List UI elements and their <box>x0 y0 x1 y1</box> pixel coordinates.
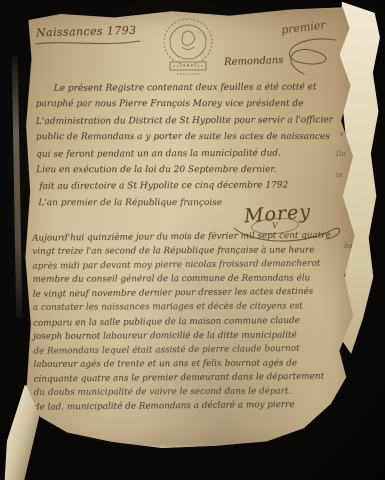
text-line: du doubs municipalité de vaivre le secon… <box>34 384 344 400</box>
year-underline-flourish <box>34 38 144 48</box>
bleed-through-fragment: s <box>340 130 344 138</box>
text-line: vingt treize l'an second de la Républiqu… <box>32 243 342 259</box>
text-line: qui se feront pendant un an dans la muni… <box>36 145 342 163</box>
text-line: membre du conseil général de la commune … <box>33 271 343 287</box>
bleed-through-fragment: Da <box>336 150 346 158</box>
bleed-through-fragment: te <box>336 171 343 179</box>
text-line: laboureur agés de trente et un ans et fe… <box>33 356 343 372</box>
text-line: Le présent Registre contenant deux feuil… <box>36 79 342 97</box>
text-line: a constater les naissances mariages et d… <box>33 300 343 316</box>
text-line: L'administration du District de St Hypol… <box>36 112 342 130</box>
year-heading: Naissances 1793 <box>36 24 137 40</box>
text-line: fait au directoire a St Hypolite ce cinq… <box>39 178 342 196</box>
revenue-stamp-icon <box>157 16 221 78</box>
certification-paragraph: Le présent Registre contenant deux feuil… <box>36 79 343 212</box>
folio-paraph-flourish <box>272 34 348 80</box>
text-line: public de Remondans a y porter de suite … <box>36 129 342 146</box>
birth-act-paragraph: Aujourd'hui quinzième jour du mois de fé… <box>32 228 344 414</box>
register-page: Naissances 1793 premier Remondans Le pré… <box>20 6 358 448</box>
left-page-edge <box>12 56 23 318</box>
text-line: paraphé par nous Pierre François Morey v… <box>36 96 342 113</box>
place-heading: Remondans <box>224 55 284 68</box>
text-line: Lieu en exécution de la loi du 20 Septem… <box>36 162 342 179</box>
text-line: de lad. municipalité de Remondans a décl… <box>34 397 344 414</box>
text-line: joseph bournot laboureur domicilié de la… <box>33 328 343 344</box>
bleed-through-fragment: les <box>342 385 352 393</box>
